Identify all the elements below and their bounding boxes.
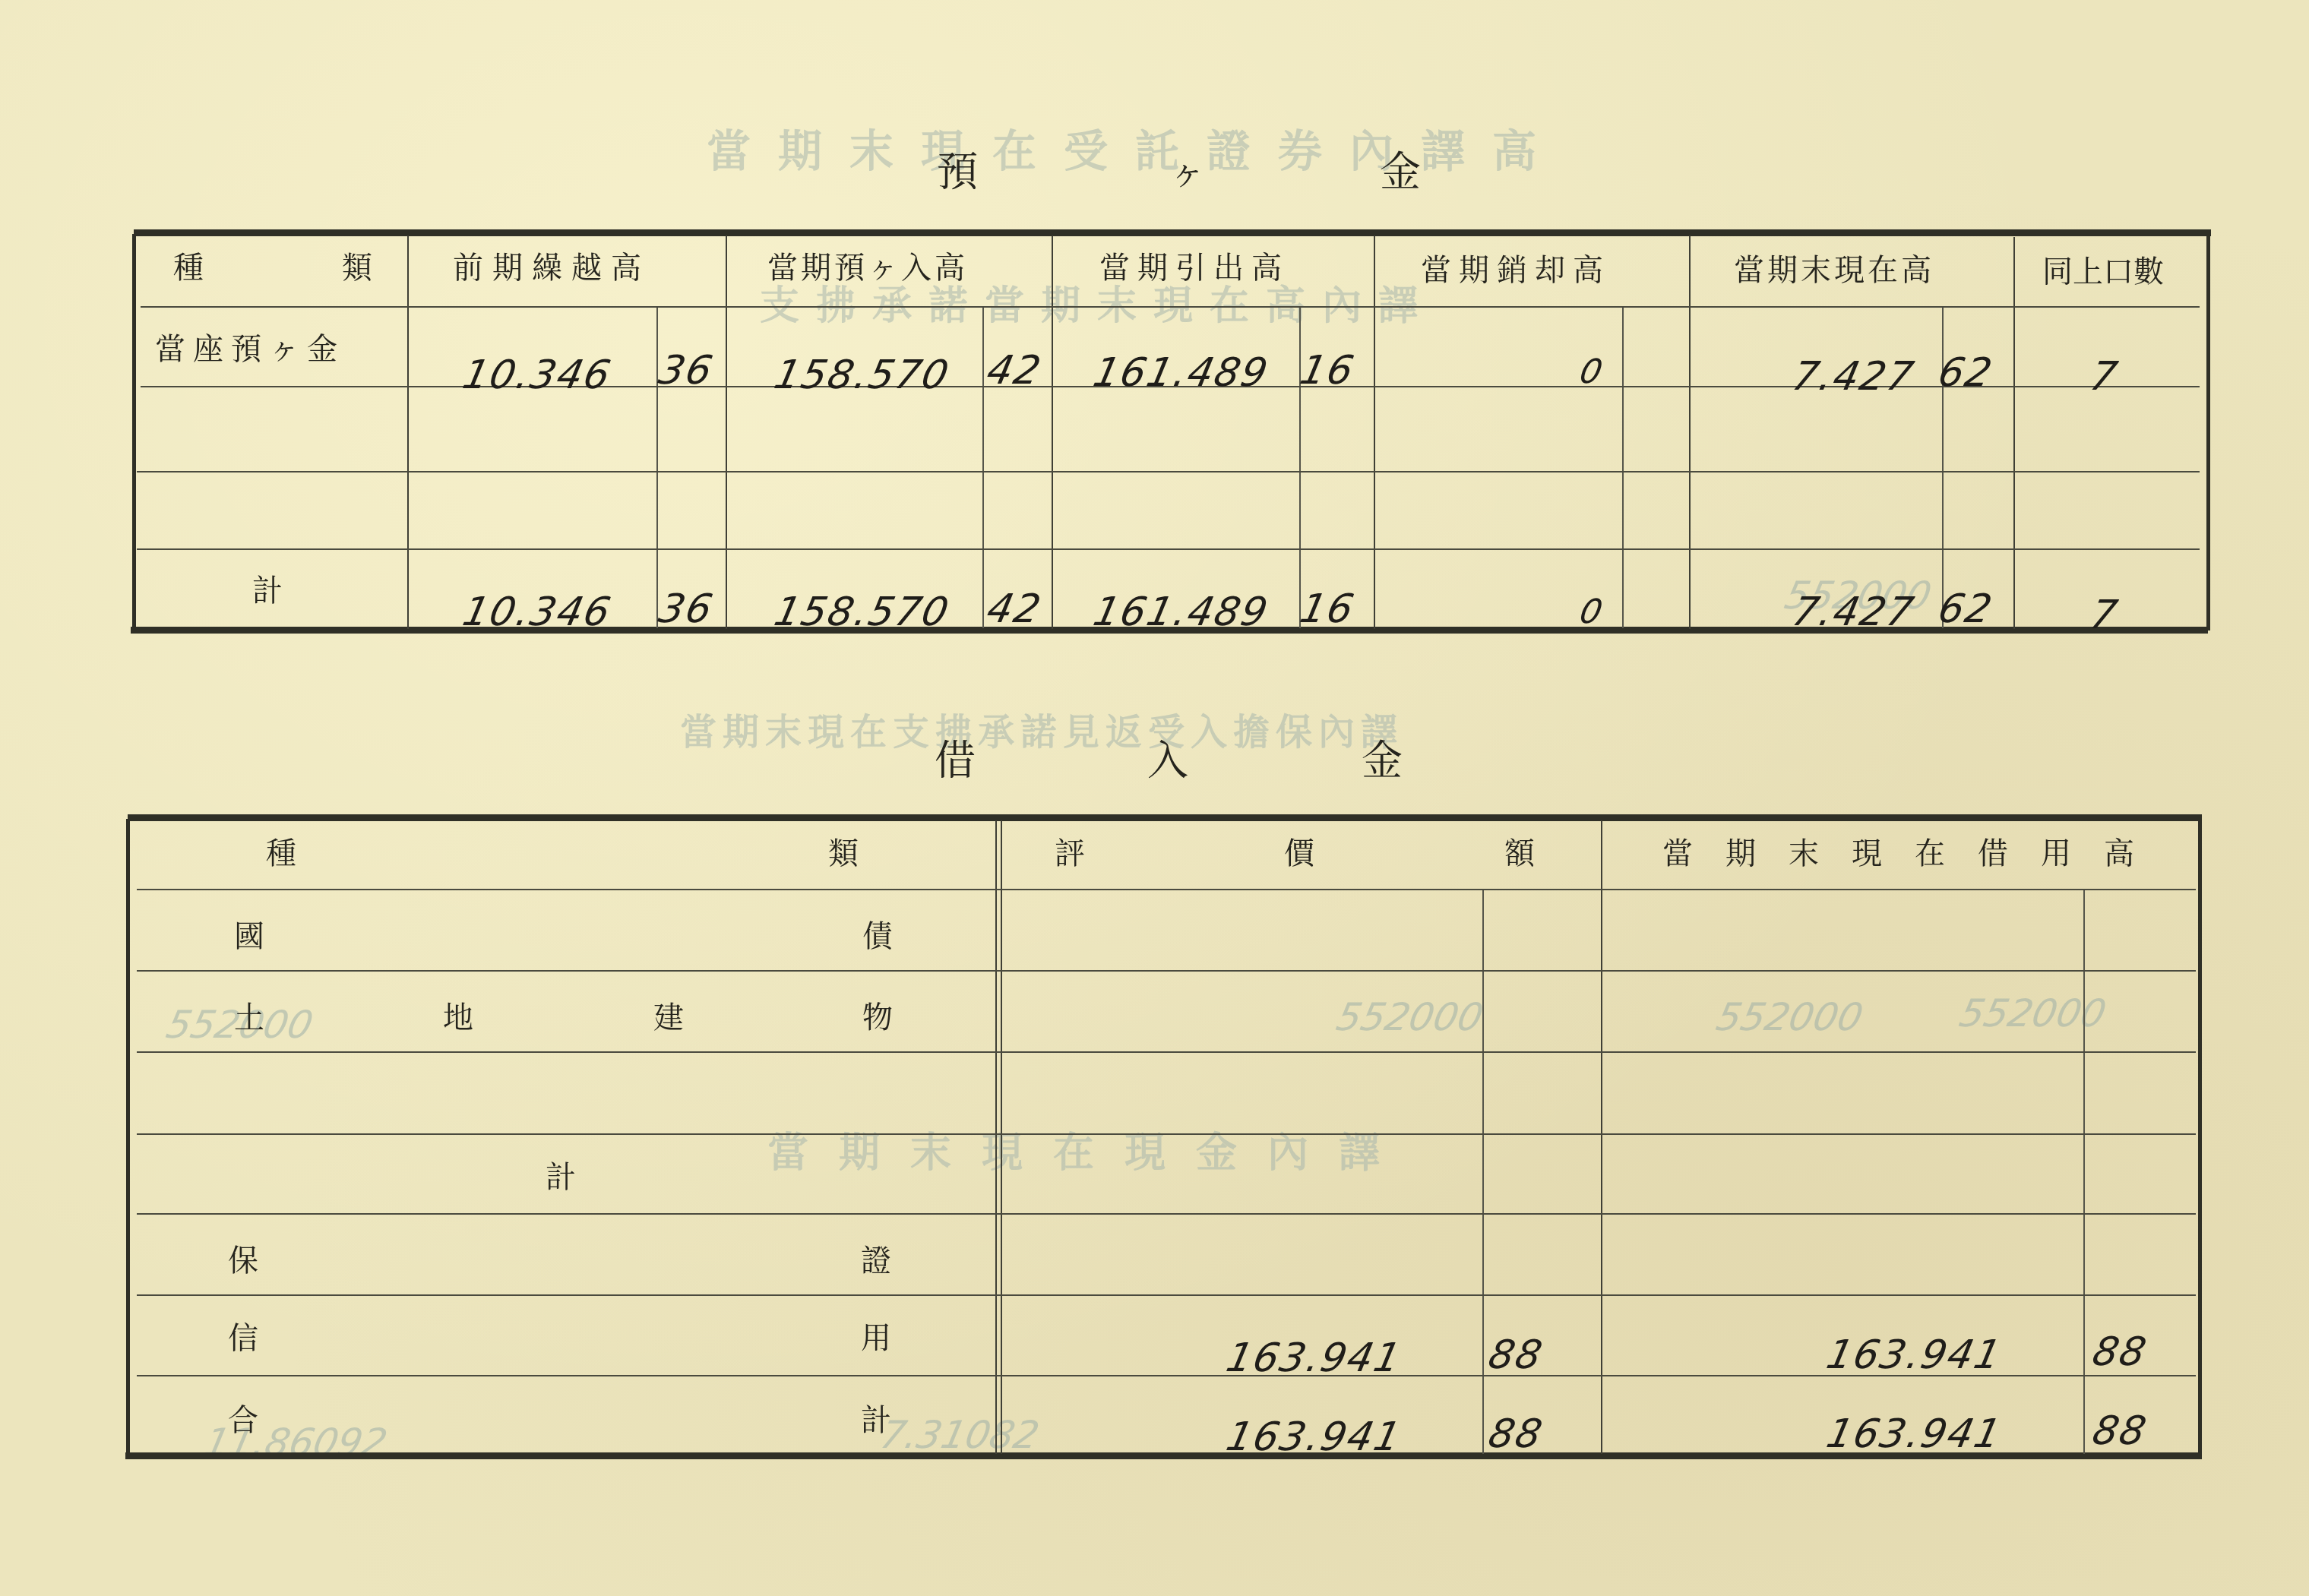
table-border-left [126, 819, 130, 1455]
header-valuation: 價 [1284, 839, 1314, 869]
grand-total-valuation-value: 163.941 [1223, 1417, 1405, 1457]
row-label-char: 用 [861, 1323, 891, 1354]
credit-balance-value: 163.941 [1823, 1335, 2005, 1375]
row-label-char: 建 [653, 1003, 684, 1033]
column-divider [1001, 820, 1002, 1454]
row-label-char: 物 [862, 1003, 893, 1033]
column-divider [1601, 820, 1602, 1454]
sen-divider [2083, 890, 2085, 1454]
row-divider [137, 889, 2196, 890]
credit-balance-sen: 88 [2089, 1332, 2150, 1372]
row-label-char: 計 [546, 1162, 576, 1193]
grand-total-balance-value: 163.941 [1823, 1414, 2005, 1454]
row-divider [137, 970, 2196, 972]
column-divider [995, 820, 997, 1454]
row-divider [137, 1133, 2196, 1135]
borrowings-table: 種 類 評 價 額 當期末現在借用高 國 債 土 地 建 物 計 保 證 信 用… [0, 0, 2309, 1596]
table-border-top [128, 814, 2202, 821]
row-label-char: 債 [862, 921, 893, 952]
row-label-char: 國 [234, 921, 264, 952]
row-label-char: 信 [228, 1323, 258, 1354]
header-type-left: 種 [266, 839, 296, 869]
header-valuation: 評 [1055, 839, 1085, 869]
row-label-char: 地 [443, 1003, 473, 1033]
header-type-right: 類 [828, 839, 859, 869]
table-border-right [2198, 819, 2202, 1455]
sen-divider [1482, 890, 1484, 1454]
row-divider [137, 1294, 2196, 1296]
credit-valuation-sen: 88 [1485, 1335, 1546, 1375]
grand-total-valuation-sen: 88 [1485, 1414, 1546, 1454]
credit-valuation-value: 163.941 [1223, 1338, 1405, 1378]
row-divider [137, 1213, 2196, 1215]
grand-total-balance-sen: 88 [2089, 1411, 2150, 1451]
row-divider [137, 1051, 2196, 1053]
row-label-char: 土 [234, 1003, 264, 1033]
row-label-char: 保 [228, 1246, 258, 1276]
row-label-char: 證 [861, 1246, 891, 1276]
row-label-char: 合 [228, 1405, 258, 1436]
header-valuation: 額 [1504, 839, 1535, 869]
header-current-borrowed-balance: 當期末現在借用高 [1662, 839, 2167, 869]
row-label-char: 計 [861, 1405, 891, 1436]
